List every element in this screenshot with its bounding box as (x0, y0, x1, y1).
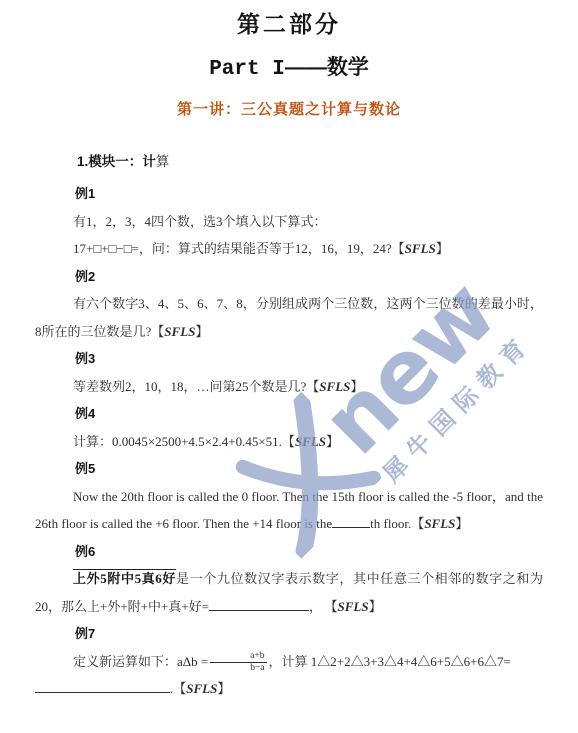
example-4-label: 例4 (75, 400, 543, 428)
example-3-label: 例3 (75, 345, 543, 373)
example-6-question-part-2: ， (309, 599, 322, 614)
sfls-source-tag: 【SFLS】 (392, 241, 449, 256)
example-1-question: 17+□+□−□=，问：算式的结果能否等于12，16，19，24? (73, 241, 392, 256)
module-heading-bold: 1.模块一：计 (77, 154, 156, 169)
fraction: a+bb−a (210, 651, 266, 674)
module-heading-regular: 算 (156, 154, 170, 169)
answer-blank (35, 679, 170, 693)
example-7-text: 定义新运算如下：aΔb =a+bb−a，计算 1△2+2△3+3△4+4△6+5… (35, 648, 543, 703)
example-1-line-2: 17+□+□−□=，问：算式的结果能否等于12，16，19，24?【SFLS】 (35, 235, 543, 263)
sfls-source-tag: 【SFLS】 (282, 434, 339, 449)
document-content: 第二部分 Part I——数学 第一讲：三公真题之计算与数论 1.模块一：计算 … (0, 0, 578, 703)
sfls-source-tag: 【SFLS】 (173, 681, 230, 696)
example-5-question-part-2: th floor. (370, 516, 411, 531)
sfls-source-tag: 【SFLS】 (306, 379, 363, 394)
answer-blank (332, 514, 370, 528)
example-2-text: 有六个数字3、4、5、6、7、8，分别组成两个三位数，这两个三位数的差最小时，8… (35, 290, 543, 345)
example-4-question: 计算：0.0045×2500+4.5×2.4+0.45×51. (73, 434, 282, 449)
example-7-definition: 定义新运算如下：aΔb = (73, 654, 208, 669)
example-1-label: 例1 (75, 180, 543, 208)
example-2-label: 例2 (75, 263, 543, 291)
example-6-overlined-term: 上外5附中5真6好 (73, 569, 176, 586)
example-5-label: 例5 (75, 455, 543, 483)
example-3-question: 等差数列2，10，18，…问第25个数是几? (73, 379, 306, 394)
example-3-text: 等差数列2，10，18，…问第25个数是几?【SFLS】 (35, 373, 543, 401)
subtitle-latin: Part I (209, 58, 285, 81)
example-6-text: 上外5附中5真6好是一个九位数汉字表示数字，其中任意三个相邻的数字之和为20，那… (35, 565, 543, 620)
document-page: new 犀牛国际教育 第二部分 Part I——数学 第一讲：三公真题之计算与数… (0, 0, 578, 733)
sfls-source-tag: 【SFLS】 (411, 516, 468, 531)
example-5-text: Now the 20th floor is called the 0 floor… (35, 483, 543, 538)
lecture-title: 第一讲：三公真题之计算与数论 (35, 101, 543, 119)
sfls-source-tag: 【SFLS】 (151, 324, 208, 339)
example-1-line-1: 有1，2，3，4四个数，选3个填入以下算式： (35, 208, 543, 236)
example-6-label: 例6 (75, 538, 543, 566)
fraction-numerator: a+b (210, 651, 266, 662)
subtitle-cjk: ——数学 (285, 56, 369, 79)
sfls-source-tag: 【SFLS】 (331, 599, 382, 614)
example-2-question: 有六个数字3、4、5、6、7、8，分别组成两个三位数，这两个三位数的差最小时，8… (35, 296, 543, 339)
part-title: 第二部分 (35, 10, 543, 38)
subtitle: Part I——数学 (35, 54, 543, 83)
example-7-label: 例7 (75, 620, 543, 648)
fraction-denominator: b−a (210, 662, 266, 674)
example-4-text: 计算：0.0045×2500+4.5×2.4+0.45×51.【SFLS】 (35, 428, 543, 456)
module-heading: 1.模块一：计算 (77, 153, 543, 171)
example-7-computation: ，计算 1△2+2△3+3△4+4△6+5△6+6△7= (269, 654, 511, 669)
answer-blank (209, 597, 309, 611)
